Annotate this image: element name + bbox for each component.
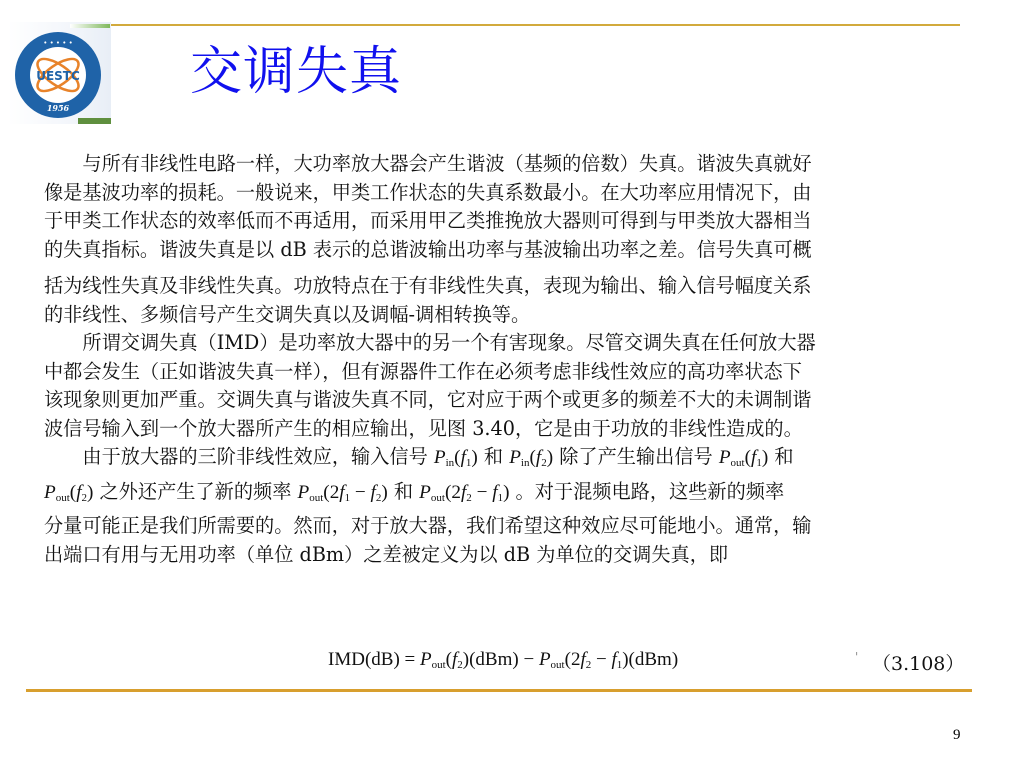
stray-mark: ': [855, 650, 858, 664]
imd-equation: IMD(dB) = Pout(f2)(dBm) − Pout(2f2 − f1)…: [328, 649, 678, 671]
text-line: 中都会发生（正如谐波失真一样），但有源器件工作在必须考虑非线性效应的高功率状态下: [44, 358, 980, 387]
text-run: 。对于混频电路，这些新的频率: [509, 480, 784, 503]
paragraph-imd-definition: 所谓交调失真（IMD）是功率放大器中的另一个有害现象。尽管交调失真在任何放大器 …: [44, 329, 980, 443]
math-pout-2f1-f2: Pout(2f1 − f2): [298, 482, 388, 503]
paragraph-harmonic-distortion: 与所有非线性电路一样，大功率放大器会产生谐波（基频的倍数）失真。谐波失真就好 像…: [44, 150, 980, 329]
text-line: 分量可能正是我们所需要的。然而，对于放大器，我们希望这种效应尽可能地小。通常，输: [44, 512, 980, 541]
text-line: 与所有非线性电路一样，大功率放大器会产生谐波（基频的倍数）失真。谐波失真就好: [44, 150, 980, 179]
top-rule: [42, 24, 960, 26]
text-line-with-math: 由于放大器的三阶非线性效应，输入信号 Pin(f1) 和 Pin(f2) 除了产…: [44, 443, 980, 478]
body-text: 与所有非线性电路一样，大功率放大器会产生谐波（基频的倍数）失真。谐波失真就好 像…: [44, 150, 980, 569]
math-pout-f2: Pout(f2): [44, 482, 93, 503]
bottom-rule: [26, 689, 972, 692]
math-pout-2f2-f1: Pout(2f2 − f1): [419, 482, 509, 503]
paragraph-third-order: 由于放大器的三阶非线性效应，输入信号 Pin(f1) 和 Pin(f2) 除了产…: [44, 443, 980, 569]
text-run: 之外还产生了新的频率: [93, 480, 297, 503]
slide-title: 交调失真: [190, 40, 402, 104]
logo-band-top: [70, 24, 110, 28]
text-line: 于甲类工作状态的效率低而不再适用，而采用甲乙类推挽放大器则可得到与甲类放大器相当: [44, 207, 980, 236]
uestc-logo-icon: UESTC 1956 • • • • •: [14, 31, 102, 119]
text-run: 由于放大器的三阶非线性效应，输入信号: [82, 445, 433, 468]
text-line: 的非线性、多频信号产生交调失真以及调幅-调相转换等。: [44, 301, 980, 330]
equation-number: （3.108）: [872, 649, 964, 676]
text-line-with-math: Pout(f2) 之外还产生了新的频率 Pout(2f1 − f2) 和 Pou…: [44, 478, 980, 513]
text-run: 和: [388, 480, 419, 503]
text-line: 波信号输入到一个放大器所产生的相应输出，见图 3.40，它是由于功放的非线性造成…: [44, 415, 980, 444]
math-pin-f2: Pin(f2): [509, 447, 553, 468]
text-line: 括为线性失真及非线性失真。功放特点在于有非线性失真，表现为输出、输入信号幅度关系: [44, 272, 980, 301]
text-line: 所谓交调失真（IMD）是功率放大器中的另一个有害现象。尽管交调失真在任何放大器: [44, 329, 980, 358]
svg-text:1956: 1956: [47, 103, 70, 113]
text-run: 和: [478, 445, 509, 468]
text-run: 和: [768, 445, 793, 468]
page-number: 9: [953, 727, 961, 744]
text-line: 出端口有用与无用功率（单位 dBm）之差被定义为以 dB 为单位的交调失真，即: [44, 541, 980, 570]
svg-text:UESTC: UESTC: [36, 69, 80, 83]
text-line: 该现象则更加严重。交调失真与谐波失真不同，它对应于两个或更多的频差不大的未调制谐: [44, 386, 980, 415]
math-pin-f1: Pin(f1): [434, 447, 478, 468]
svg-text:• • • • •: • • • • •: [43, 39, 73, 47]
math-pout-f1: Pout(f1): [719, 447, 768, 468]
text-line: 的失真指标。谐波失真是以 dB 表示的总谐波输出功率与基波输出功率之差。信号失真…: [44, 236, 980, 265]
text-line: 像是基波功率的损耗。一般说来，甲类工作状态的失真系数最小。在大功率应用情况下，由: [44, 179, 980, 208]
text-run: 除了产生输出信号: [553, 445, 719, 468]
